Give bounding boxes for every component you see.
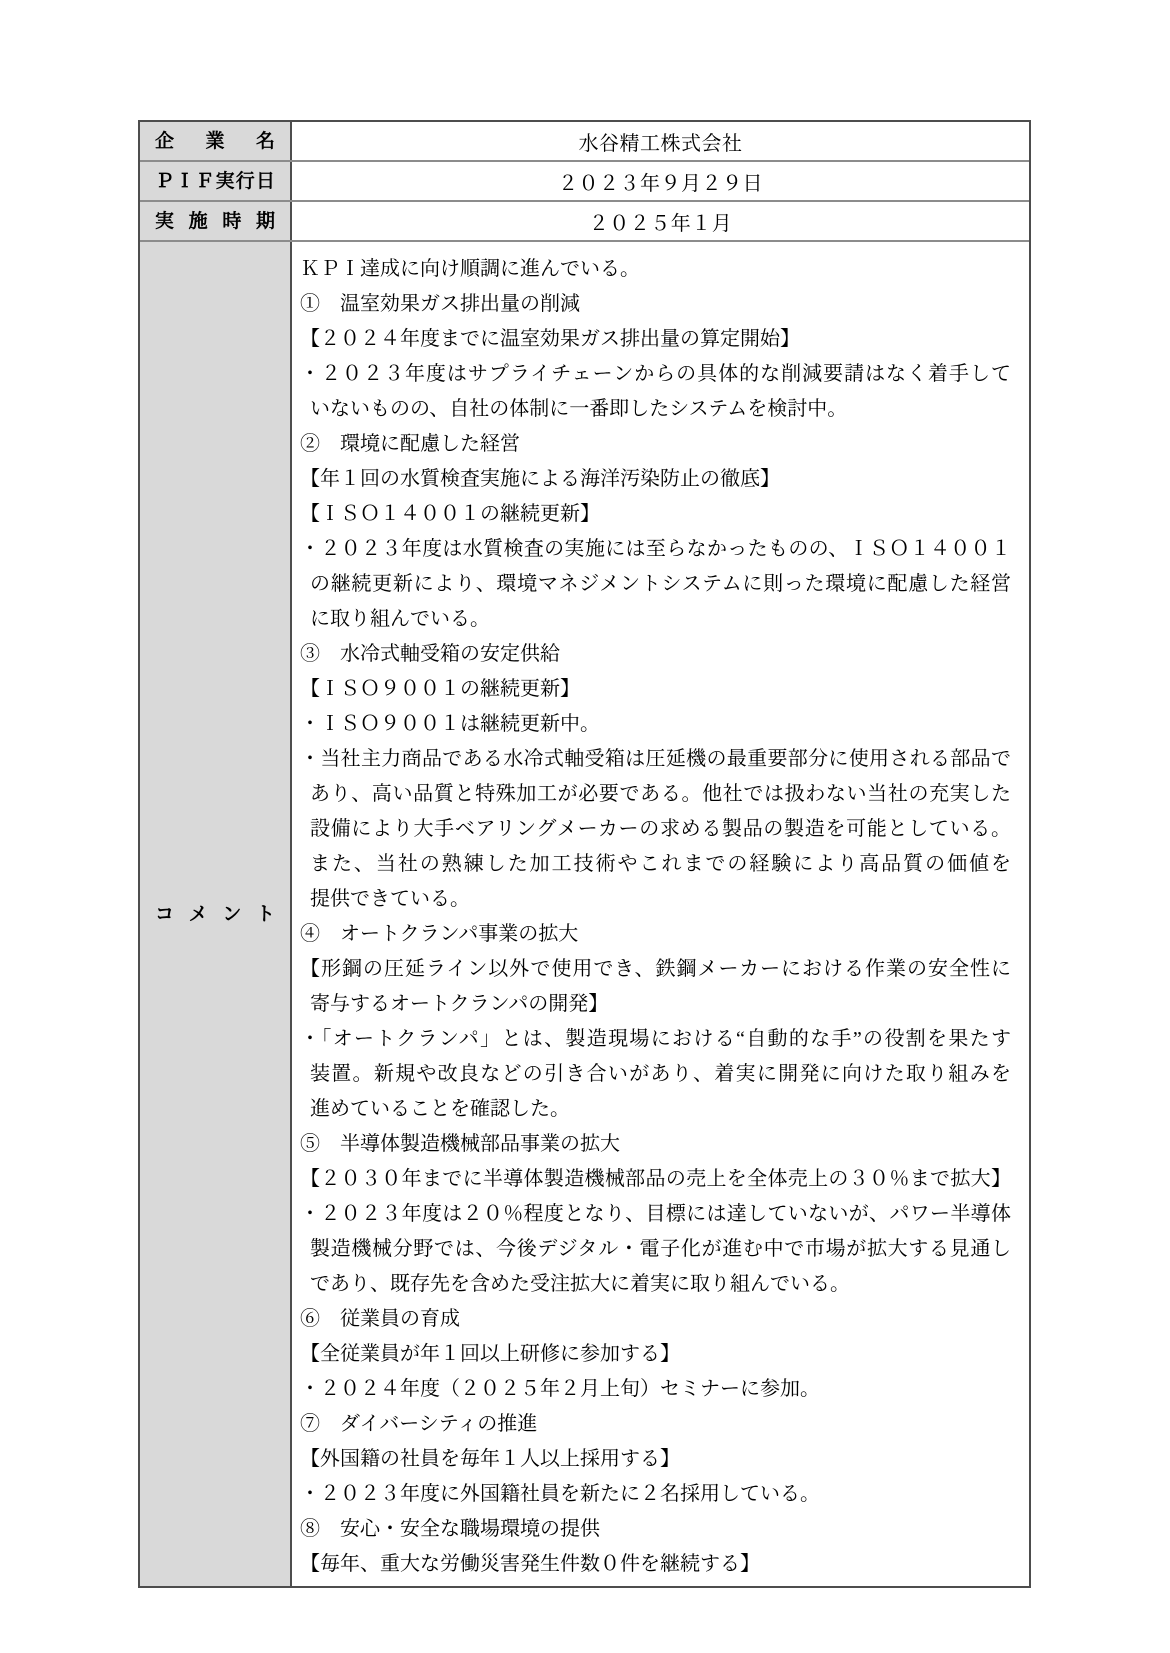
comment-line: 提供できている。 [300, 882, 1011, 917]
comment-line: ⑧ 安心・安全な職場環境の提供 [300, 1512, 1011, 1547]
comment-line: ・ＩＳＯ９００１は継続更新中。 [300, 707, 1011, 742]
comment-line: 【外国籍の社員を毎年１人以上採用する】 [300, 1442, 1011, 1477]
pif-date-value-cell: ２０２３年９月２９日 [292, 162, 1029, 200]
info-table: 企業名 水谷精工株式会社 ＰＩＦ実行日 ２０２３年９月２９日 実施時期 ２０２５… [138, 120, 1031, 1588]
comment-line: ・２０２４年度（２０２５年２月上旬）セミナーに参加。 [300, 1372, 1011, 1407]
period-value: ２０２５年１月 [589, 207, 733, 236]
comment-line: 【２０３０年までに半導体製造機械部品の売上を全体売上の３０％まで拡大】 [300, 1162, 1011, 1197]
comment-line: ・２０２３年度に外国籍社員を新たに２名採用している。 [300, 1477, 1011, 1512]
comment-line: ⑥ 従業員の育成 [300, 1302, 1011, 1337]
table-row-pif-date: ＰＩＦ実行日 ２０２３年９月２９日 [140, 162, 1029, 202]
comment-line: ② 環境に配慮した経営 [300, 427, 1011, 462]
comment-line: ＫＰＩ達成に向け順調に進んでいる。 [300, 252, 1011, 287]
comment-line: ・２０２３年度はサプライチェーンからの具体的な削減要請はなく着手して [300, 357, 1011, 392]
comment-line: ・２０２３年度は水質検査の実施には至らなかったものの、ＩＳＯ１４００１ [300, 532, 1011, 567]
comment-line: 【形鋼の圧延ライン以外で使用でき、鉄鋼メーカーにおける作業の安全性に [300, 952, 1011, 987]
document-page: 企業名 水谷精工株式会社 ＰＩＦ実行日 ２０２３年９月２９日 実施時期 ２０２５… [0, 0, 1170, 1653]
comment-line: あり、高い品質と特殊加工が必要である。他社では扱わない当社の充実した [300, 777, 1011, 812]
comment-line: 【２０２４年度までに温室効果ガス排出量の算定開始】 [300, 322, 1011, 357]
comment-line: 寄与するオートクランパの開発】 [300, 987, 1011, 1022]
comment-line: 【年１回の水質検査実施による海洋汚染防止の徹底】 [300, 462, 1011, 497]
comment-line: ⑤ 半導体製造機械部品事業の拡大 [300, 1127, 1011, 1162]
company-name-value: 水谷精工株式会社 [579, 127, 743, 156]
comment-line: ・２０２３年度は２０％程度となり、目標には達していないが、パワー半導体 [300, 1197, 1011, 1232]
company-name-label: 企業名 [140, 132, 290, 151]
comment-line: 設備により大手ベアリングメーカーの求める製品の製造を可能としている。 [300, 812, 1011, 847]
comment-line: の継続更新により、環境マネジメントシステムに則った環境に配慮した経営 [300, 567, 1011, 602]
pif-date-header-cell: ＰＩＦ実行日 [140, 162, 292, 200]
table-row-comment: コメント ＫＰＩ達成に向け順調に進んでいる。① 温室効果ガス排出量の削減【２０２… [140, 242, 1029, 1586]
comment-line: ③ 水冷式軸受箱の安定供給 [300, 637, 1011, 672]
comment-line: 製造機械分野では、今後デジタル・電子化が進む中で市場が拡大する見通し [300, 1232, 1011, 1267]
comment-line: 【ＩＳＯ９００１の継続更新】 [300, 672, 1011, 707]
comment-header-cell: コメント [140, 242, 292, 1586]
comment-line: ・当社主力商品である水冷式軸受箱は圧延機の最重要部分に使用される部品で [300, 742, 1011, 777]
comment-line: ・「オートクランパ」とは、製造現場における“自動的な手”の役割を果たす [300, 1022, 1011, 1057]
comment-line: 進めていることを確認した。 [300, 1092, 1011, 1127]
comment-label: コメント [140, 905, 290, 924]
comment-line: ④ オートクランパ事業の拡大 [300, 917, 1011, 952]
comment-line: 装置。新規や改良などの引き合いがあり、着実に開発に向けた取り組みを [300, 1057, 1011, 1092]
comment-line: 【毎年、重大な労働災害発生件数０件を継続する】 [300, 1547, 1011, 1582]
pif-date-value: ２０２３年９月２９日 [558, 167, 763, 196]
table-row-company: 企業名 水谷精工株式会社 [140, 122, 1029, 162]
company-name-value-cell: 水谷精工株式会社 [292, 122, 1029, 160]
period-label: 実施時期 [140, 212, 290, 231]
period-header-cell: 実施時期 [140, 202, 292, 240]
comment-line: いないものの、自社の体制に一番即したシステムを検討中。 [300, 392, 1011, 427]
comment-line: ① 温室効果ガス排出量の削減 [300, 287, 1011, 322]
pif-date-label: ＰＩＦ実行日 [140, 172, 290, 191]
comment-line: であり、既存先を含めた受注拡大に着実に取り組んでいる。 [300, 1267, 1011, 1302]
table-row-period: 実施時期 ２０２５年１月 [140, 202, 1029, 242]
comment-line: に取り組んでいる。 [300, 602, 1011, 637]
company-name-header-cell: 企業名 [140, 122, 292, 160]
period-value-cell: ２０２５年１月 [292, 202, 1029, 240]
comment-line: また、当社の熟練した加工技術やこれまでの経験により高品質の価値を [300, 847, 1011, 882]
comment-cell: ＫＰＩ達成に向け順調に進んでいる。① 温室効果ガス排出量の削減【２０２４年度まで… [292, 242, 1029, 1586]
comment-line: 【ＩＳＯ１４００１の継続更新】 [300, 497, 1011, 532]
comment-line: 【全従業員が年１回以上研修に参加する】 [300, 1337, 1011, 1372]
comment-line: ⑦ ダイバーシティの推進 [300, 1407, 1011, 1442]
